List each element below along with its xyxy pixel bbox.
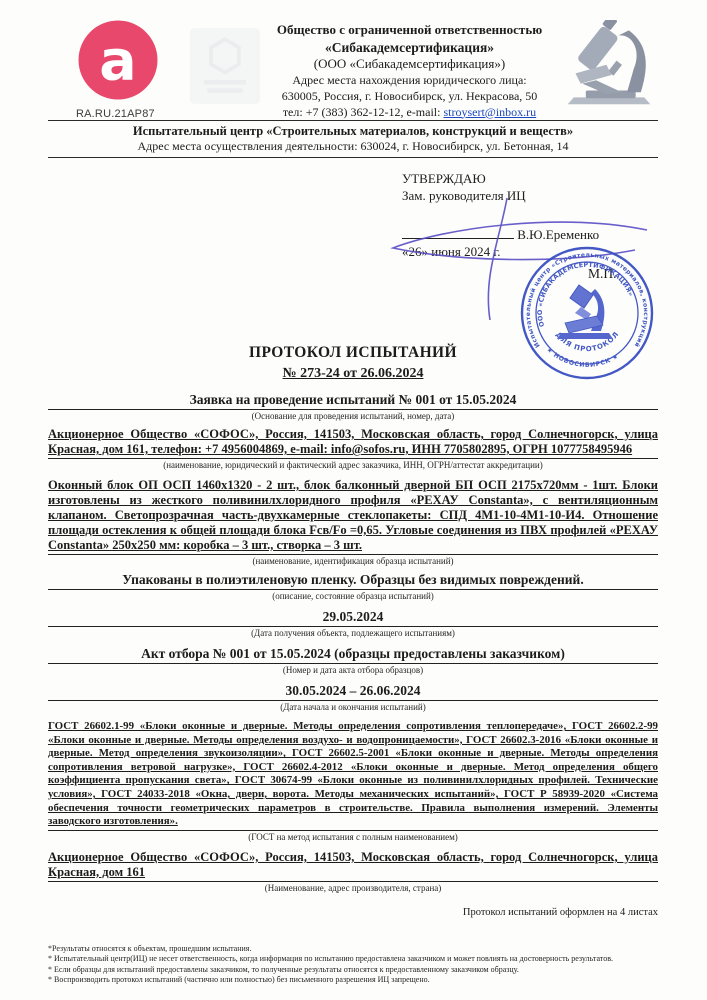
sheets-note: Протокол испытаний оформлен на 4 листах (48, 907, 658, 918)
protocol-number: № 273-24 от 26.06.2024 (48, 366, 658, 382)
gost-caption: (ГОСТ на метод испытания с полным наимен… (48, 832, 658, 842)
approve-label: УТВЕРЖДАЮ (402, 170, 658, 187)
org-header: Общество с ограниченной ответственностью… (262, 22, 557, 120)
test-period-caption: (Дата начала и окончания испытаний) (48, 702, 658, 712)
org-name-line2: «Сибакадемсертификация» (262, 39, 557, 57)
signature-line (402, 226, 514, 239)
rosaccreditation-logo-icon: a (76, 18, 160, 102)
received-date: 29.05.2024 (48, 609, 658, 627)
header: a RA.RU.21AP87 Общество с ограниченной о… (0, 0, 707, 120)
org-contacts: тел: +7 (383) 362-12-12, e-mail: stroyse… (262, 105, 557, 121)
manufacturer-caption: (Наименование, адрес производителя, стра… (48, 883, 658, 893)
signature-row: В.Ю.Еременко (402, 226, 658, 243)
manufacturer-text: Акционерное Общество «СОФОС», Россия, 14… (48, 850, 658, 882)
org-name-line1: Общество с ограниченной ответственностью (262, 22, 557, 39)
divider-bottom (48, 157, 658, 158)
received-caption: (Дата получения объекта, подлежащего исп… (48, 628, 658, 638)
org-phone: тел: +7 (383) 362-12-12, e-mail: (283, 105, 444, 119)
footnote-1: *Результаты относятся к объектам, прошед… (48, 944, 658, 955)
approval-date: «26» июня 2024 г. (402, 243, 658, 260)
footnote-3: * Если образцы для испытаний предоставле… (48, 965, 658, 976)
selection-act-line: Акт отбора № 001 от 15.05.2024 (образцы … (48, 646, 658, 664)
test-center-name: Испытательный центр «Строительных матери… (48, 124, 658, 139)
protocol-page: a RA.RU.21AP87 Общество с ограниченной о… (0, 0, 707, 1000)
selection-act-caption: (Номер и дата акта отбора образцов) (48, 665, 658, 675)
gost-methods-text: ГОСТ 26602.1-99 «Блоки оконные и дверные… (48, 720, 658, 831)
accreditation-block: a RA.RU.21AP87 (76, 18, 172, 120)
faded-emblem-icon (188, 26, 262, 106)
org-name-line3: (ООО «Сибакадемсертификация») (262, 56, 557, 73)
footnotes: *Результаты относятся к объектам, прошед… (48, 944, 658, 986)
footnote-4: * Воспроизводить протокол испытаний (час… (48, 975, 658, 986)
applicant-text: Акционерное Общество «СОФОС», Россия, 14… (48, 427, 658, 459)
request-heading: Заявка на проведение испытаний № 001 от … (48, 392, 658, 410)
packaging-line: Упакованы в полиэтиленовую пленку. Образ… (48, 572, 658, 590)
approver-role: Зам. руководителя ИЦ (402, 187, 658, 204)
org-address-label: Адрес места нахождения юридического лица… (262, 73, 557, 89)
document-body: Испытательный центр «Строительных матери… (0, 120, 707, 986)
org-email-link[interactable]: stroysert@inbox.ru (443, 105, 536, 119)
microscope-clipart (557, 20, 661, 111)
divider-top (48, 120, 658, 121)
watermark-emblem (188, 26, 262, 111)
packaging-caption: (описание, состояние образца испытаний) (48, 591, 658, 601)
approver-name: В.Ю.Еременко (517, 227, 599, 242)
test-period-line: 30.05.2024 – 26.06.2024 (48, 683, 658, 701)
sample-caption: (наименование, идентификация образца исп… (48, 556, 658, 566)
test-center-address: Адрес места осуществления деятельности: … (48, 139, 658, 154)
org-address: 630005, Россия, г. Новосибирск, ул. Некр… (262, 89, 557, 105)
approval-block: УТВЕРЖДАЮ Зам. руководителя ИЦ В.Ю.Ереме… (402, 170, 658, 260)
microscope-icon (561, 20, 657, 106)
footnote-2: * Испытательный центр(ИЦ) не несет ответ… (48, 954, 658, 965)
mp-label: М.П. (588, 266, 617, 282)
request-caption: (Основание для проведения испытаний, ном… (48, 411, 658, 421)
protocol-title: ПРОТОКОЛ ИСПЫТАНИЙ (48, 344, 658, 362)
accreditation-code: RA.RU.21AP87 (76, 108, 172, 120)
applicant-caption: (наименование, юридический и фактический… (48, 460, 658, 470)
sample-description: Оконный блок ОП ОСП 1460х1320 - 2 шт., б… (48, 478, 658, 555)
